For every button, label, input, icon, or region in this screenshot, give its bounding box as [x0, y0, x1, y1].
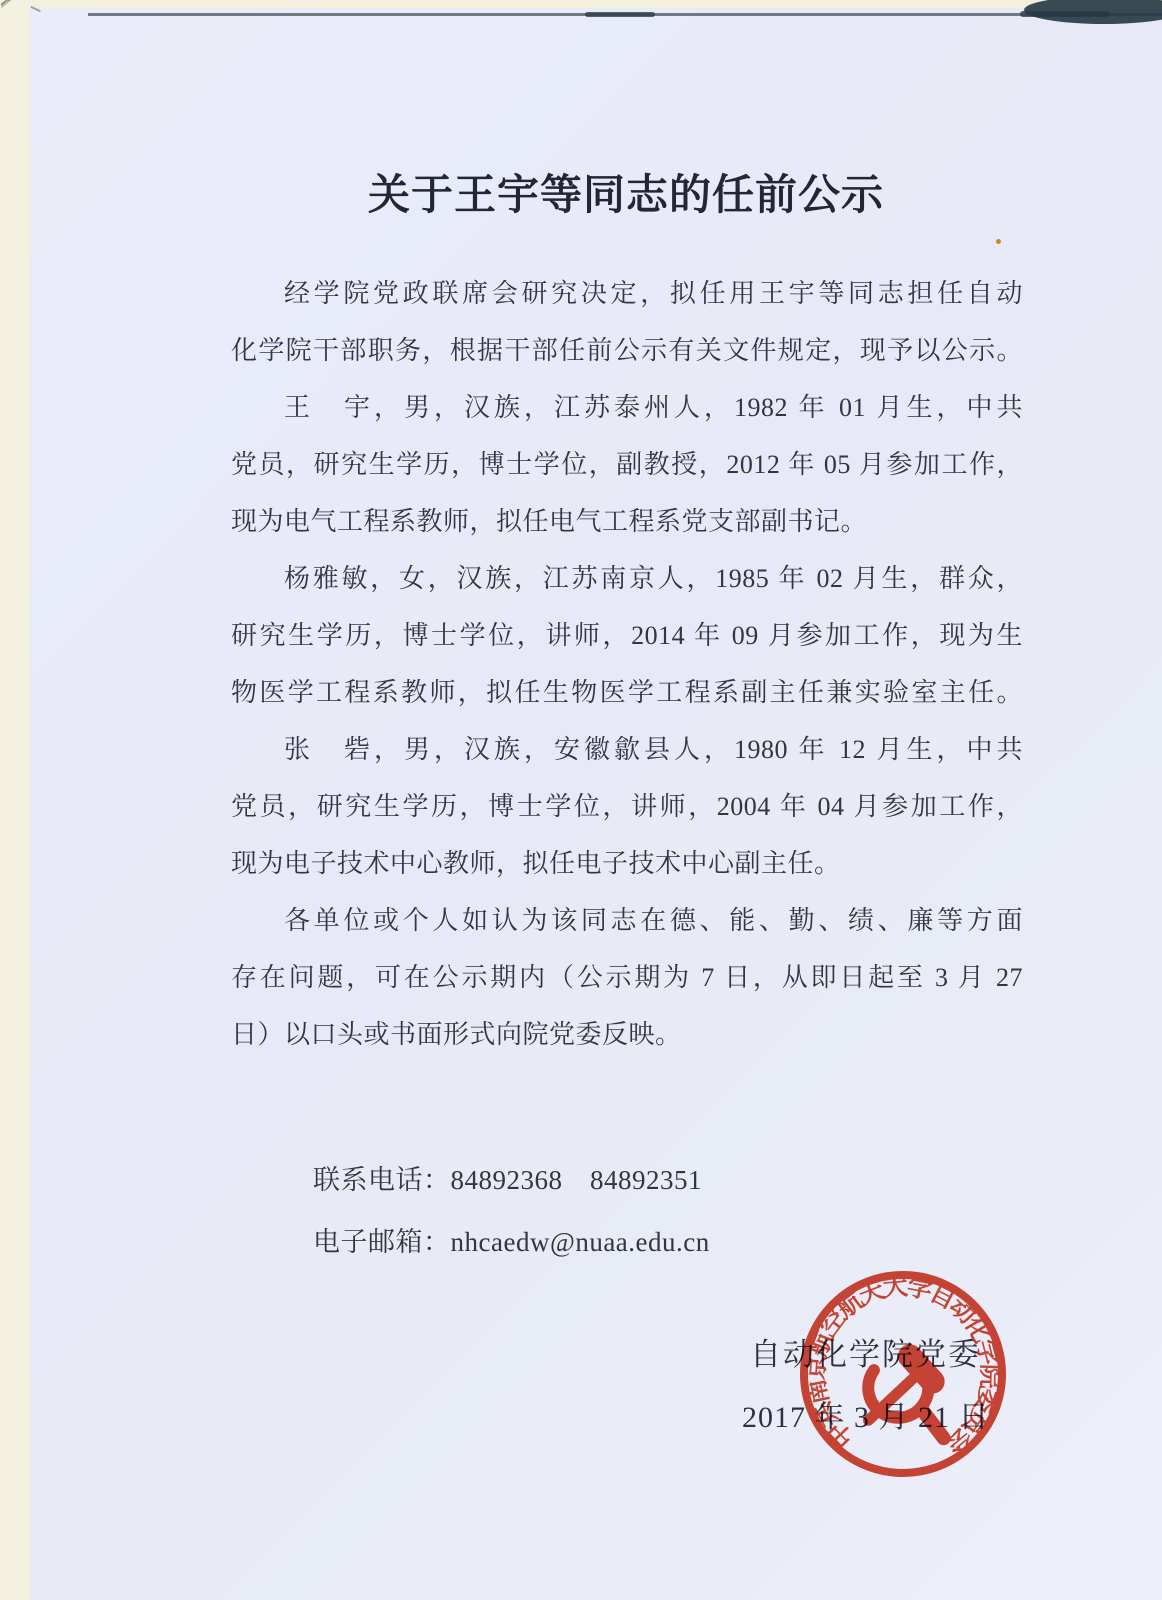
contact-email: 电子邮箱：nhcaedw@nuaa.edu.cn	[313, 1211, 710, 1273]
scan-speck	[1, 0, 10, 8]
text-line: 存在问题，可在公示期内（公示期为 7 日，从即日起至 3 月 27	[231, 949, 1023, 1006]
paragraph-feedback: 各单位或个人如认为该同志在德、能、勤、绩、廉等方面 存在问题，可在公示期内（公示…	[231, 892, 1023, 1063]
paragraph-wangyu: 王 宇，男，汉族，江苏泰州人，1982 年 01 月生，中共 党员，研究生学历，…	[231, 379, 1023, 550]
paragraph-intro: 经学院党政联席会研究决定，拟任用王宇等同志担任自动 化学院干部职务，根据干部任前…	[231, 265, 1023, 379]
paragraph-zhangzhai: 张 砦，男，汉族，安徽歙县人，1980 年 12 月生，中共 党员，研究生学历，…	[231, 721, 1023, 892]
text-line: 经学院党政联席会研究决定，拟任用王宇等同志担任自动	[231, 265, 1023, 322]
contact-phone: 联系电话：84892368 84892351	[313, 1149, 710, 1211]
scan-speck	[30, 6, 41, 12]
seal-ring-circle	[799, 1270, 1007, 1478]
text-line: 党员，研究生学历，博士学位，讲师，2004 年 04 月参加工作，	[231, 778, 1023, 835]
scan-corner-shadow	[1024, 0, 1162, 24]
text-line: 现为电子技术中心教师，拟任电子技术中心副主任。	[231, 835, 1023, 892]
text-line: 物医学工程系教师，拟任生物医学工程系副主任兼实验室主任。	[231, 664, 1023, 721]
scan-top-edge-mark	[585, 12, 655, 17]
text-line: 日）以口头或书面形式向院党委反映。	[231, 1006, 1023, 1063]
scan-speck	[996, 239, 1001, 244]
text-line: 研究生学历，博士学位，讲师，2014 年 09 月参加工作，现为生	[231, 607, 1023, 664]
document-body: 经学院党政联席会研究决定，拟任用王宇等同志担任自动 化学院干部职务，根据干部任前…	[231, 265, 1023, 1063]
text-line: 各单位或个人如认为该同志在德、能、勤、绩、廉等方面	[231, 892, 1023, 949]
text-line: 化学院干部职务，根据干部任前公示有关文件规定，现予以公示。	[231, 322, 1023, 379]
hammer-and-sickle-icon	[854, 1344, 948, 1438]
text-line: 张 砦，男，汉族，安徽歙县人，1980 年 12 月生，中共	[231, 721, 1023, 778]
scanned-document: 关于王宇等同志的任前公示 经学院党政联席会研究决定，拟任用王宇等同志担任自动 化…	[0, 0, 1162, 1600]
text-line: 杨雅敏，女，汉族，江苏南京人，1985 年 02 月生，群众，	[231, 550, 1023, 607]
contact-block: 联系电话：84892368 84892351 电子邮箱：nhcaedw@nuaa…	[313, 1149, 710, 1273]
seal-graphic: 中共南京航空航天大学自动化学院委员会	[793, 1264, 1013, 1484]
official-red-seal: 中共南京航空航天大学自动化学院委员会	[793, 1264, 1013, 1484]
paper-sheet: 关于王宇等同志的任前公示 经学院党政联席会研究决定，拟任用王宇等同志担任自动 化…	[30, 8, 1162, 1600]
text-line: 党员，研究生学历，博士学位，副教授，2012 年 05 月参加工作，	[231, 436, 1023, 493]
paragraph-yangyamin: 杨雅敏，女，汉族，江苏南京人，1985 年 02 月生，群众， 研究生学历，博士…	[231, 550, 1023, 721]
text-line: 王 宇，男，汉族，江苏泰州人，1982 年 01 月生，中共	[231, 379, 1023, 436]
text-line: 现为电气工程系教师，拟任电气工程系党支部副书记。	[231, 493, 1023, 550]
document-title: 关于王宇等同志的任前公示	[230, 166, 1022, 226]
